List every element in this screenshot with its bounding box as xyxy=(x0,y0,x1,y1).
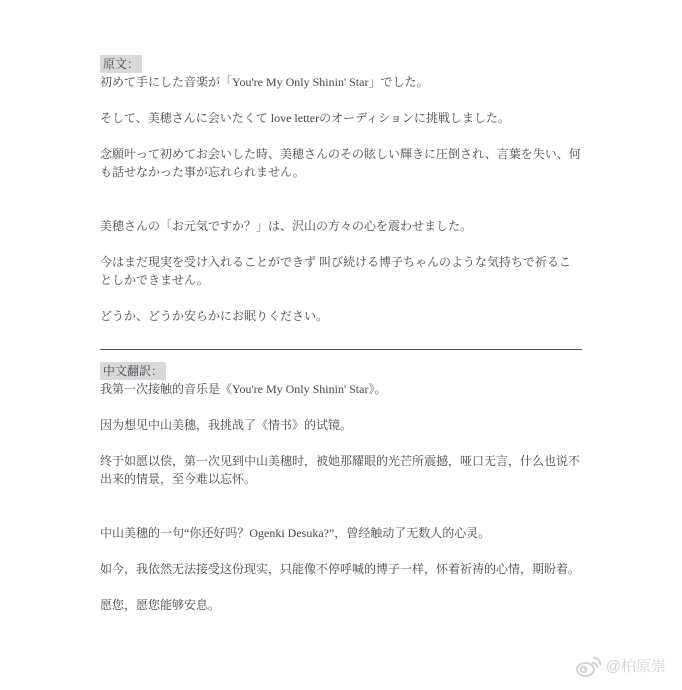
original-text: 初めて手にした音楽が「You're My Only Shinin' Star」で… xyxy=(100,73,582,325)
document-page: 原文： 初めて手にした音楽が「You're My Only Shinin' St… xyxy=(0,0,682,690)
blank-line xyxy=(100,542,582,560)
translation-label: 中文翻訳： xyxy=(100,362,166,380)
weibo-icon xyxy=(575,655,602,678)
text-line: 因为想见中山美穗，我挑战了《情书》的试镜。 xyxy=(100,416,582,434)
text-line: 如今，我依然无法接受这份现实，只能像不停呼喊的博子一样，怀着祈祷的心情，期盼着。 xyxy=(100,560,582,578)
watermark-handle: @柏原崇 xyxy=(606,656,666,678)
text-line: 初めて手にした音楽が「You're My Only Shinin' Star」で… xyxy=(100,73,582,91)
text-line: 我第一次接触的音乐是《You're My Only Shinin' Star》。 xyxy=(100,380,582,398)
blank-line xyxy=(100,434,582,452)
blank-line xyxy=(100,127,582,145)
blank-line xyxy=(100,488,582,506)
translation-section: 中文翻訳： 我第一次接触的音乐是《You're My Only Shinin' … xyxy=(100,362,582,614)
original-label: 原文： xyxy=(100,55,142,73)
blank-line xyxy=(100,199,582,217)
blank-line xyxy=(100,235,582,253)
text-line: そして、美穂さんに会いたくて love letterのオーディションに挑戦しまし… xyxy=(100,109,582,127)
translation-text: 我第一次接触的音乐是《You're My Only Shinin' Star》。… xyxy=(100,380,582,614)
original-section: 原文： 初めて手にした音楽が「You're My Only Shinin' St… xyxy=(100,55,582,325)
blank-line xyxy=(100,506,582,524)
text-line: 今はまだ現実を受け入れることができず 叫び続ける博子ちゃんのような気持ちで祈るこ… xyxy=(100,253,582,289)
text-line: どうか、どうか安らかにお眠りください。 xyxy=(100,307,582,325)
blank-line xyxy=(100,289,582,307)
blank-line xyxy=(100,181,582,199)
blank-line xyxy=(100,398,582,416)
blank-line xyxy=(100,578,582,596)
text-line: 念願叶って初めてお会いした時、美穂さんのその眩しい輝きに圧倒され、言葉を失い、何… xyxy=(100,145,582,181)
text-line: 美穂さんの「お元気ですか？」は、沢山の方々の心を震わせました。 xyxy=(100,217,582,235)
text-line: 终于如愿以偿，第一次见到中山美穗时，被她那耀眼的光芒所震撼，哑口无言，什么也说不… xyxy=(100,452,582,488)
section-divider xyxy=(100,349,582,350)
blank-line xyxy=(100,91,582,109)
text-line: 愿您，愿您能够安息。 xyxy=(100,596,582,614)
watermark: @柏原崇 xyxy=(575,655,666,678)
text-line: 中山美穗的一句“你还好吗？Ogenki Desuka?”，曾经触动了无数人的心灵… xyxy=(100,524,582,542)
document-content: 原文： 初めて手にした音楽が「You're My Only Shinin' St… xyxy=(0,0,682,614)
